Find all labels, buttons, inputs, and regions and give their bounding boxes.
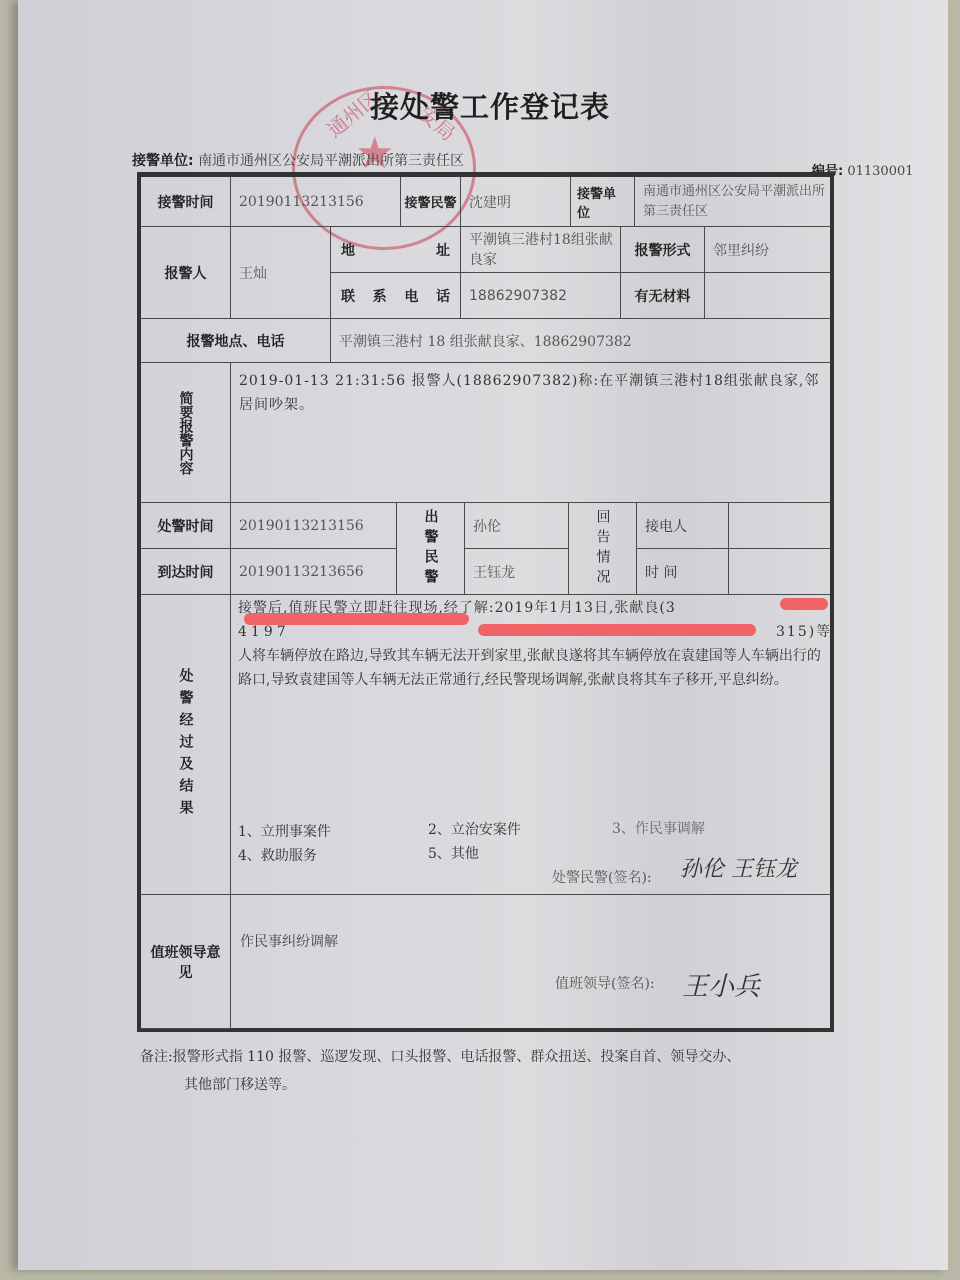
outcome-option: 2、立治安案件 xyxy=(428,818,521,842)
receiving-unit-value: 南通市通州区公安局平潮派出所第三责任区 xyxy=(635,177,830,227)
outcome-option: 5、其他 xyxy=(428,842,479,866)
footnote-line-1: 备注:报警形式指 110 报警、巡逻发现、口头报警、电话报警、群众扭送、投案自首… xyxy=(140,1043,740,1071)
process-label: 处警经过及结果 xyxy=(141,595,231,895)
outcome-option: 3、作民事调解 xyxy=(612,817,705,841)
unit-label: 接警单位: xyxy=(132,153,194,169)
receive-time-label: 接警时间 xyxy=(141,177,231,227)
phone-label-char: 电 xyxy=(404,286,418,306)
receiving-officer-value: 沈建明 xyxy=(461,177,571,227)
dispatch-officers-label: 出警民警 xyxy=(397,503,465,595)
redaction-mark xyxy=(780,598,828,610)
phone-value: 18862907382 xyxy=(461,273,621,319)
leader-sign-label: 值班领导(签名): xyxy=(555,972,655,996)
process-line-2-end: 315)等 xyxy=(776,620,832,644)
summary-label: 简要报警内容 xyxy=(141,363,231,503)
reporter-value: 王灿 xyxy=(231,227,331,319)
summary-text: 2019-01-13 21:31:56 报警人(18862907382)称:在平… xyxy=(231,363,830,503)
unit-value: 南通市通州区公安局平潮派出所第三责任区 xyxy=(198,153,464,169)
callback-label: 回告情况 xyxy=(569,503,637,595)
report-form-value: 邻里纠纷 xyxy=(705,227,830,273)
callback-person-value xyxy=(729,503,830,549)
leader-label: 值班领导意见 xyxy=(141,895,231,1029)
address-label-2: 址 xyxy=(436,240,450,260)
callback-person-label: 接电人 xyxy=(637,503,729,549)
officer-sign-label: 处警民警(签名): xyxy=(552,866,652,890)
outcome-option: 4、救助服务 xyxy=(238,844,317,868)
leader-cell xyxy=(231,895,830,1029)
address-value: 平潮镇三港村18组张献良家 xyxy=(461,227,621,273)
materials-label: 有无材料 xyxy=(621,273,705,319)
footnote: 备注:报警形式指 110 报警、巡逻发现、口头报警、电话报警、群众扭送、投案自首… xyxy=(140,1043,740,1099)
reporter-label: 报警人 xyxy=(141,227,231,319)
process-cell xyxy=(231,595,830,895)
callback-time-value xyxy=(729,549,830,595)
redaction-mark xyxy=(244,613,469,625)
arrival-time-value: 20190113213656 xyxy=(231,549,397,595)
dispatch-time-label: 处警时间 xyxy=(141,503,231,549)
receive-time-value: 20190113213156 xyxy=(231,177,401,227)
phone-label-char: 系 xyxy=(373,286,387,306)
location-phone-value: 平潮镇三港村 18 组张献良家、18862907382 xyxy=(331,319,830,363)
dispatch-time-value: 20190113213156 xyxy=(231,503,397,549)
outcome-option: 1、立刑事案件 xyxy=(238,820,331,844)
process-rest: 人将车辆停放在路边,导致其车辆无法开到家里,张献良遂将其车辆停放在袁建国等人车辆… xyxy=(238,644,832,692)
redaction-mark xyxy=(478,624,756,636)
receiving-unit-line: 接警单位: 南通市通州区公安局平潮派出所第三责任区 xyxy=(132,150,464,170)
location-phone-label: 报警地点、电话 xyxy=(141,319,331,363)
callback-time-label: 时 间 xyxy=(637,549,729,595)
arrival-time-label: 到达时间 xyxy=(141,549,231,595)
phone-label-char: 话 xyxy=(436,286,450,306)
phone-label-char: 联 xyxy=(341,286,355,306)
dispatch-officer-1: 孙伦 xyxy=(465,503,569,549)
serial-value: 01130001 xyxy=(847,164,913,179)
footnote-line-2: 其他部门移送等。 xyxy=(140,1071,740,1099)
dispatch-officer-2: 王钰龙 xyxy=(465,549,569,595)
report-form-label: 报警形式 xyxy=(621,227,705,273)
materials-value xyxy=(705,273,830,319)
officer-signature: 孙伦 王钰龙 xyxy=(680,852,797,883)
leader-signature: 王小兵 xyxy=(682,966,760,1003)
form-title: 接处警工作登记表 xyxy=(370,85,610,126)
phone-label: 联 系 电 话 xyxy=(331,273,461,319)
receiving-unit-label: 接警单位 xyxy=(571,177,635,227)
address-label-1: 地 xyxy=(341,240,355,260)
receiving-officer-label: 接警民警 xyxy=(401,177,461,227)
address-label: 地 址 xyxy=(331,227,461,273)
leader-opinion: 作民事纠纷调解 xyxy=(240,930,338,954)
